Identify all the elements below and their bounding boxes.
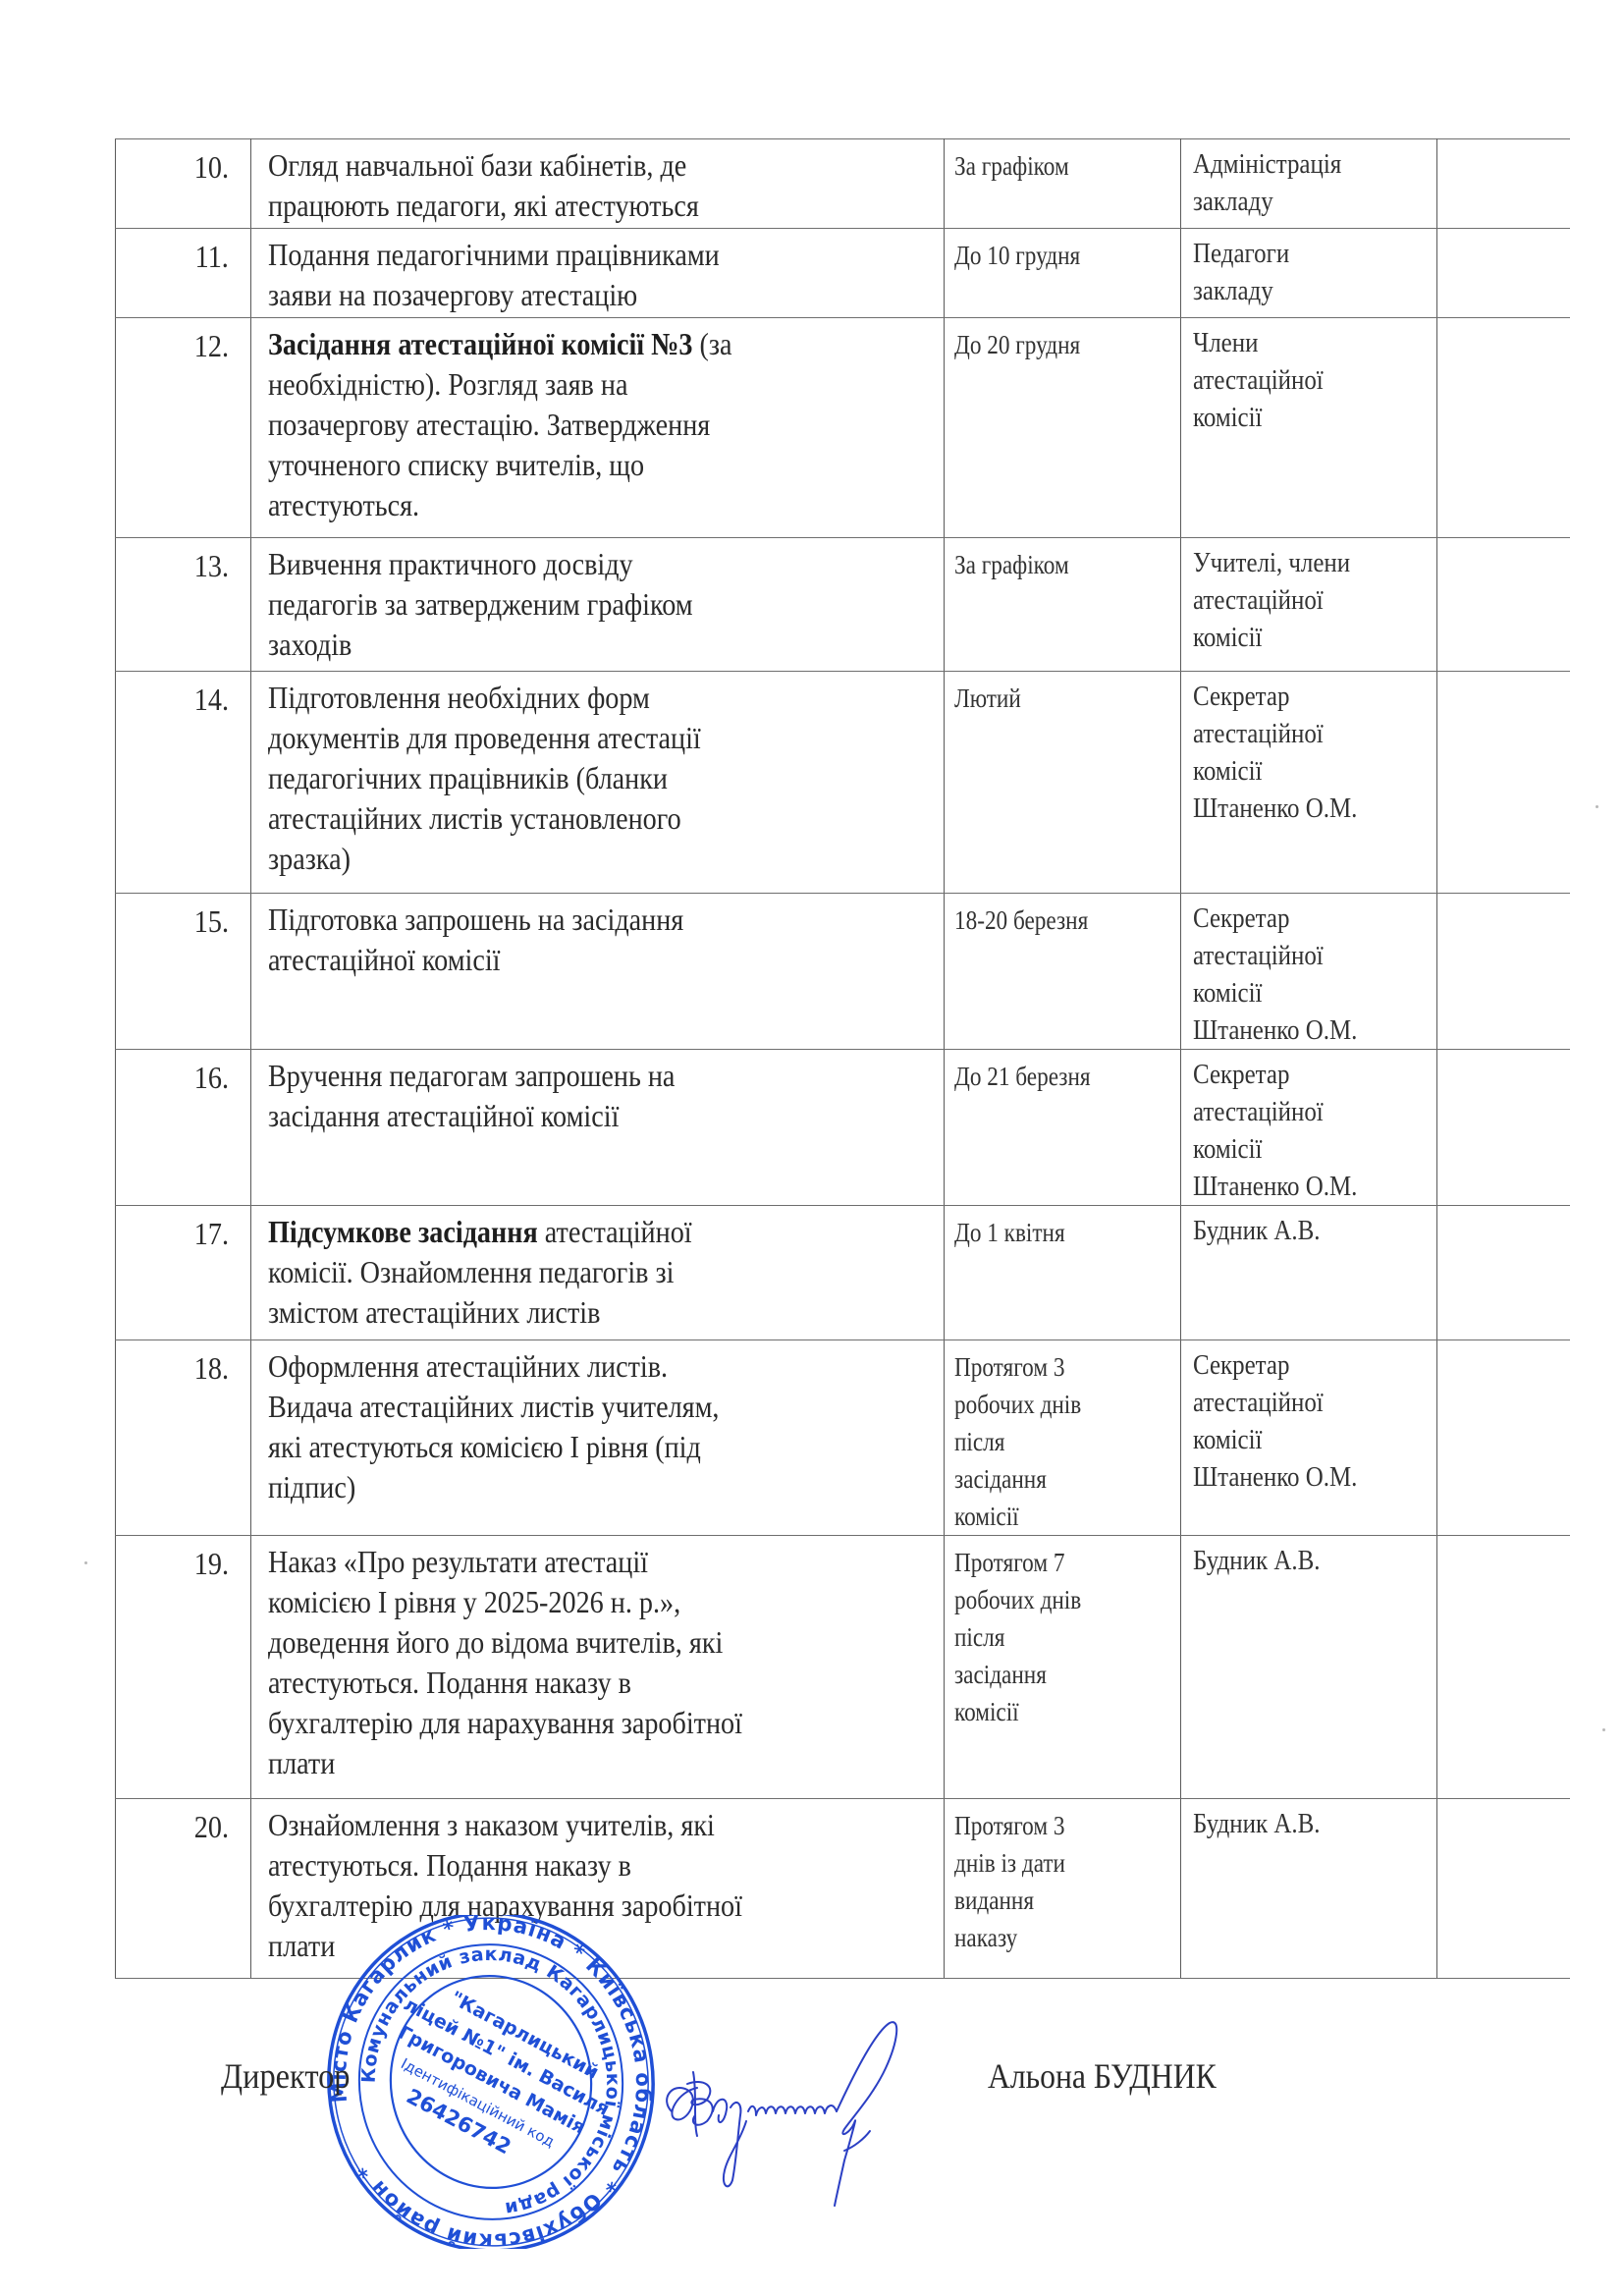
deadline-cell: Протягом 3днів із дативиданнянаказу [945,1799,1181,1979]
notes-cell [1437,1050,1570,1206]
description-bold-text: Підсумкове засідання [268,1214,538,1249]
deadline-cell: До 10 грудня [945,229,1181,318]
row-number-cell: 11. [116,229,251,318]
description-text: Подання педагогічними працівниками [268,237,720,272]
deadline-line: після [954,1423,1149,1460]
description-text: комісією І рівня у 2025-2026 н. р.», [268,1584,680,1619]
description-line: Вручення педагогам запрошень на [268,1056,862,1096]
description-text: Видача атестаційних листів учителям, [268,1389,719,1424]
notes-cell [1437,672,1570,894]
row-number: 11. [195,237,229,276]
deadline-line: комісії [954,1498,1149,1535]
signatory-title: Директор [221,2056,350,2096]
row-number: 10. [194,147,229,187]
description-line: підпис) [268,1467,862,1507]
deadline-line: після [954,1618,1149,1656]
deadline-line: До 21 березня [954,1058,1149,1095]
row-number: 12. [194,326,229,365]
activity-description-cell: Підготовлення необхідних формдокументів … [251,672,945,894]
description-line: документів для проведення атестації [268,718,862,758]
table-body: 10.Огляд навчальної бази кабінетів, депр… [116,139,1570,1979]
description-text: які атестуються комісією І рівня (під [268,1429,701,1464]
notes-cell [1437,1799,1570,1979]
responsible-line: Секретар [1193,1346,1402,1384]
responsible-cell: Учителі, члениатестаційноїкомісії [1181,538,1437,672]
deadline-cell: За графіком [945,538,1181,672]
description-line: необхідністю). Розгляд заяв на [268,364,862,405]
description-line: атестуються. Подання наказу в [268,1845,862,1886]
description-line: доведення його до відома вчителів, які [268,1622,862,1663]
responsible-line: Учителі, члени [1193,544,1402,581]
deadline-line: наказу [954,1919,1149,1956]
description-line: змістом атестаційних листів [268,1292,862,1333]
activity-description-cell: Подання педагогічними працівникамизаяви … [251,229,945,318]
row-number-cell: 12. [116,318,251,538]
description-text: Підготовка запрошень на засідання [268,902,683,937]
description-line: позачергову атестацію. Затвердження [268,405,862,445]
responsible-cell: СекретаратестаційноїкомісіїШтаненко О.М. [1181,672,1437,894]
row-number: 15. [194,902,229,941]
responsible-line: Штаненко О.М. [1193,1458,1402,1496]
description-line: працюють педагоги, які атестуються [268,186,862,226]
description-text: педагогічних працівників (бланки [268,760,668,795]
deadline-cell: До 20 грудня [945,318,1181,538]
deadline-cell: До 1 квітня [945,1206,1181,1340]
description-line: Підготовлення необхідних форм [268,678,862,718]
deadline-line: За графіком [954,546,1149,583]
notes-cell [1437,1536,1570,1799]
notes-cell [1437,229,1570,318]
responsible-cell: Педагогизакладу [1181,229,1437,318]
description-line: Ознайомлення з наказом учителів, які [268,1805,862,1845]
description-text: атестуються. [268,487,419,522]
responsible-line: Секретар [1193,900,1402,937]
row-number-cell: 18. [116,1340,251,1536]
table-row: 19.Наказ «Про результати атестаціїкомісі… [116,1536,1570,1799]
responsible-line: атестаційної [1193,361,1402,399]
responsible-line: Педагоги [1193,235,1402,272]
responsible-cell: Будник А.В. [1181,1799,1437,1979]
description-text: підпис) [268,1469,355,1504]
description-text: змістом атестаційних листів [268,1294,600,1330]
description-line: заходів [268,625,862,665]
description-text: заходів [268,627,352,662]
deadline-line: Протягом 7 [954,1544,1149,1581]
handwritten-signature-icon [658,2013,913,2210]
row-number-cell: 15. [116,894,251,1050]
responsible-line: комісії [1193,1421,1402,1458]
activity-description-cell: Огляд навчальної бази кабінетів, депрацю… [251,139,945,229]
table-row: 14.Підготовлення необхідних формдокумент… [116,672,1570,894]
responsible-line: комісії [1193,619,1402,656]
responsible-line: закладу [1193,272,1402,309]
description-text: атестаційної [538,1214,692,1249]
activity-description-cell: Підсумкове засідання атестаційноїкомісії… [251,1206,945,1340]
description-text: Огляд навчальної бази кабінетів, де [268,147,686,183]
table-row: 17.Підсумкове засідання атестаційноїкомі… [116,1206,1570,1340]
description-line: атестуються. Подання наказу в [268,1663,862,1703]
deadline-cell: Протягом 7робочих днівпіслязасіданнякомі… [945,1536,1181,1799]
responsible-line: комісії [1193,1130,1402,1168]
description-text: Оформлення атестаційних листів. [268,1348,668,1384]
description-text: засідання атестаційної комісії [268,1098,619,1133]
description-text: доведення його до відома вчителів, які [268,1624,723,1660]
description-text: необхідністю). Розгляд заяв на [268,366,627,402]
description-line: педагогів за затвердженим графіком [268,584,862,625]
activity-description-cell: Оформлення атестаційних листів.Видача ат… [251,1340,945,1536]
responsible-cell: Адміністраціязакладу [1181,139,1437,229]
description-bold-text: Засідання атестаційної комісії №3 [268,326,693,361]
description-text: уточненого списку вчителів, що [268,447,644,482]
description-text: плати [268,1745,335,1780]
attestation-plan-table: 10.Огляд навчальної бази кабінетів, депр… [115,138,1570,1979]
responsible-cell: Будник А.В. [1181,1206,1437,1340]
row-number-cell: 13. [116,538,251,672]
row-number: 16. [194,1058,229,1097]
deadline-line: До 20 грудня [954,326,1149,363]
activity-description-cell: Вручення педагогам запрошень назасідання… [251,1050,945,1206]
scan-speck [1596,805,1598,808]
table-row: 15.Підготовка запрошень на засіданняатес… [116,894,1570,1050]
responsible-line: Штаненко О.М. [1193,790,1402,827]
description-line: бухгалтерію для нарахування заробітної [268,1703,862,1743]
signatory-name: Альона БУДНИК [988,2056,1217,2096]
row-number-cell: 20. [116,1799,251,1979]
table-row: 16.Вручення педагогам запрошень назасіда… [116,1050,1570,1206]
description-text: Підготовлення необхідних форм [268,680,650,715]
description-text: заяви на позачергову атестацію [268,277,637,312]
description-text: атестаційних листів установленого [268,800,681,836]
description-line: Огляд навчальної бази кабінетів, де [268,145,862,186]
description-line: атестуються. [268,485,862,525]
deadline-line: робочих днів [954,1581,1149,1618]
table-row: 10.Огляд навчальної бази кабінетів, депр… [116,139,1570,229]
row-number: 13. [194,546,229,585]
deadline-line: Протягом 3 [954,1348,1149,1386]
row-number-cell: 14. [116,672,251,894]
notes-cell [1437,139,1570,229]
description-line: Підсумкове засідання атестаційної [268,1212,862,1252]
description-text: атестуються. Подання наказу в [268,1665,631,1700]
responsible-line: Секретар [1193,678,1402,715]
responsible-line: Штаненко О.М. [1193,1168,1402,1205]
responsible-line: Штаненко О.М. [1193,1011,1402,1049]
responsible-line: комісії [1193,974,1402,1011]
deadline-line: До 10 грудня [954,237,1149,274]
description-line: Видача атестаційних листів учителям, [268,1387,862,1427]
row-number-cell: 19. [116,1536,251,1799]
row-number: 20. [194,1807,229,1846]
responsible-cell: СекретаратестаційноїкомісіїШтаненко О.М. [1181,894,1437,1050]
activity-description-cell: Засідання атестаційної комісії №3 (занео… [251,318,945,538]
description-line: Наказ «Про результати атестації [268,1542,862,1582]
description-text: атестаційної комісії [268,942,500,977]
description-line: зразка) [268,839,862,879]
activity-description-cell: Наказ «Про результати атестаціїкомісією … [251,1536,945,1799]
responsible-line: Будник А.В. [1193,1805,1402,1842]
description-text: документів для проведення атестації [268,720,701,755]
activity-description-cell: Вивчення практичного досвідупедагогів за… [251,538,945,672]
deadline-line: До 1 квітня [954,1214,1149,1251]
deadline-line: Лютий [954,680,1149,717]
deadline-line: видання [954,1882,1149,1919]
table-row: 12.Засідання атестаційної комісії №3 (за… [116,318,1570,538]
deadline-line: Протягом 3 [954,1807,1149,1844]
notes-cell [1437,1340,1570,1536]
description-line: комісією І рівня у 2025-2026 н. р.», [268,1582,862,1622]
notes-cell [1437,1206,1570,1340]
deadline-cell: За графіком [945,139,1181,229]
table-row: 18.Оформлення атестаційних листів.Видача… [116,1340,1570,1536]
description-text: Ознайомлення з наказом учителів, які [268,1807,715,1842]
responsible-line: атестаційної [1193,581,1402,619]
description-text: Наказ «Про результати атестації [268,1544,648,1579]
responsible-cell: Будник А.В. [1181,1536,1437,1799]
responsible-line: Будник А.В. [1193,1542,1402,1579]
description-line: заяви на позачергову атестацію [268,275,862,315]
description-text: Вивчення практичного досвіду [268,546,633,581]
description-line: педагогічних працівників (бланки [268,758,862,798]
row-number-cell: 17. [116,1206,251,1340]
description-line: які атестуються комісією І рівня (під [268,1427,862,1467]
notes-cell [1437,894,1570,1050]
deadline-line: За графіком [954,147,1149,185]
description-text: працюють педагоги, які атестуються [268,188,699,223]
deadline-line: робочих днів [954,1386,1149,1423]
responsible-line: Секретар [1193,1056,1402,1093]
deadline-line: засідання [954,1656,1149,1693]
description-text: педагогів за затвердженим графіком [268,586,693,622]
description-line: комісії. Ознайомлення педагогів зі [268,1252,862,1292]
description-line: атестаційної комісії [268,940,862,980]
responsible-line: Будник А.В. [1193,1212,1402,1249]
description-text: зразка) [268,841,351,876]
description-line: Засідання атестаційної комісії №3 (за [268,324,862,364]
description-text: позачергову атестацію. Затвердження [268,407,710,442]
responsible-line: Члени [1193,324,1402,361]
deadline-cell: Лютий [945,672,1181,894]
scan-speck [84,1561,87,1564]
description-text: (за [693,326,732,361]
description-line: атестаційних листів установленого [268,798,862,839]
row-number-cell: 10. [116,139,251,229]
responsible-line: атестаційної [1193,715,1402,752]
deadline-cell: 18-20 березня [945,894,1181,1050]
description-line: Вивчення практичного досвіду [268,544,862,584]
description-line: уточненого списку вчителів, що [268,445,862,485]
description-line: плати [268,1743,862,1783]
description-line: Оформлення атестаційних листів. [268,1346,862,1387]
table-row: 13.Вивчення практичного досвідупедагогів… [116,538,1570,672]
deadline-cell: До 21 березня [945,1050,1181,1206]
deadline-line: днів із дати [954,1844,1149,1882]
responsible-line: атестаційної [1193,1384,1402,1421]
responsible-line: Адміністрація [1193,145,1402,183]
notes-cell [1437,318,1570,538]
deadline-line: комісії [954,1693,1149,1730]
responsible-line: комісії [1193,752,1402,790]
responsible-line: атестаційної [1193,1093,1402,1130]
row-number: 18. [194,1348,229,1388]
responsible-cell: Члениатестаційноїкомісії [1181,318,1437,538]
notes-cell [1437,538,1570,672]
table-row: 11.Подання педагогічними працівникамизая… [116,229,1570,318]
deadline-line: засідання [954,1460,1149,1498]
row-number: 14. [194,680,229,719]
description-line: засідання атестаційної комісії [268,1096,862,1136]
responsible-line: атестаційної [1193,937,1402,974]
responsible-cell: СекретаратестаційноїкомісіїШтаненко О.М. [1181,1050,1437,1206]
deadline-line: 18-20 березня [954,902,1149,939]
responsible-line: закладу [1193,183,1402,220]
responsible-cell: СекретаратестаційноїкомісіїШтаненко О.М. [1181,1340,1437,1536]
description-line: Подання педагогічними працівниками [268,235,862,275]
row-number-cell: 16. [116,1050,251,1206]
row-number: 19. [194,1544,229,1583]
signature-block: Директор Альона БУДНИК [0,2056,1624,2105]
scan-speck [1602,1728,1605,1731]
description-text: Вручення педагогам запрошень на [268,1058,675,1093]
description-text: бухгалтерію для нарахування заробітної [268,1705,742,1740]
description-line: Підготовка запрошень на засідання [268,900,862,940]
description-text: атестуються. Подання наказу в [268,1847,631,1883]
description-text: комісії. Ознайомлення педагогів зі [268,1254,674,1289]
responsible-line: комісії [1193,399,1402,436]
row-number: 17. [194,1214,229,1253]
deadline-cell: Протягом 3робочих днівпіслязасіданнякомі… [945,1340,1181,1536]
activity-description-cell: Підготовка запрошень на засіданняатестац… [251,894,945,1050]
